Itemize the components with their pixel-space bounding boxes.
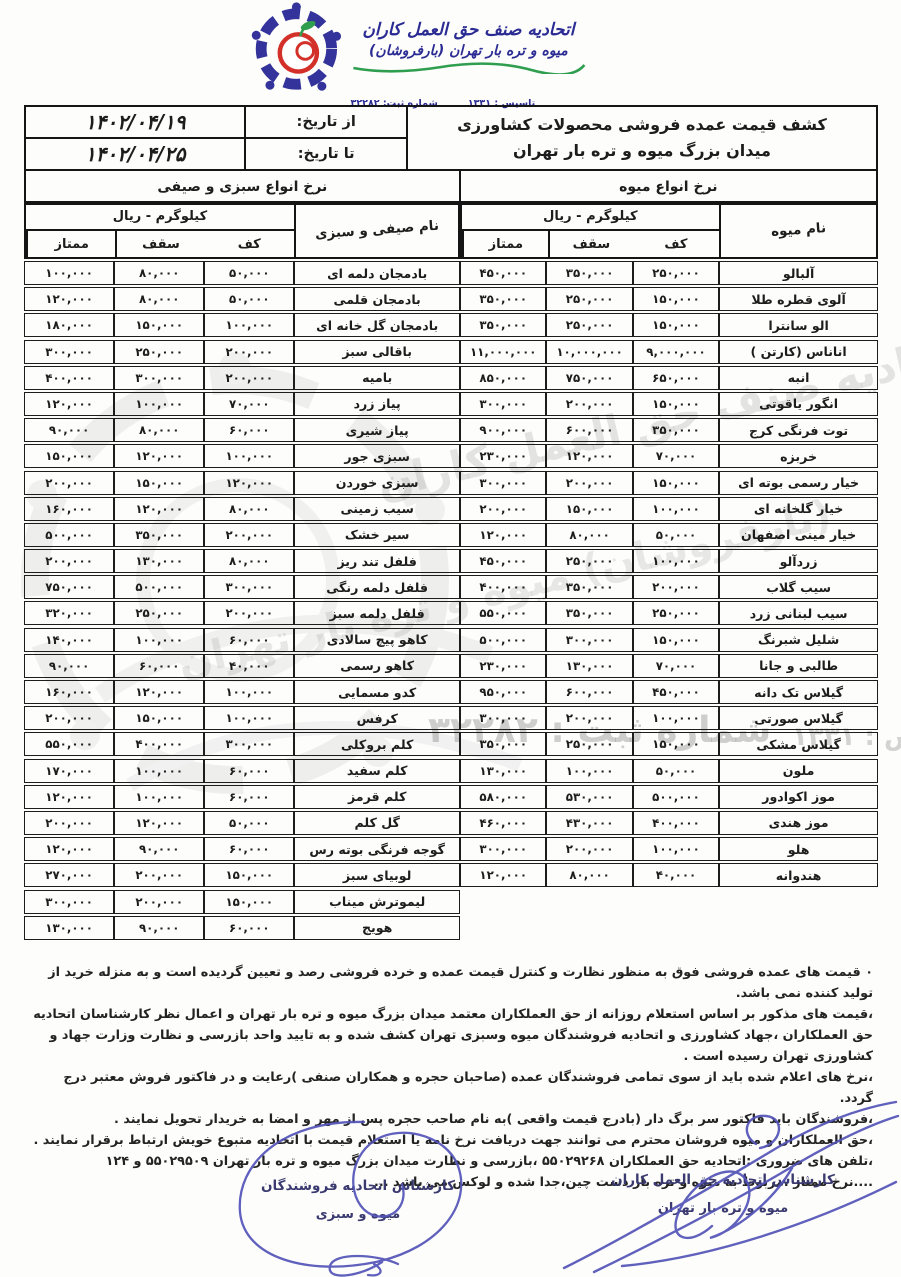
veg-row: کاهو رسمی۴۰,۰۰۰۶۰,۰۰۰۹۰,۰۰۰ (24, 654, 460, 678)
veg-premium-cell: ۲۰۰,۰۰۰ (24, 706, 114, 730)
veg-name-cell: سبزی خوردن (294, 471, 460, 495)
fruit-name-cell: هندوانه (719, 863, 878, 887)
veg-premium-cell: ۱۳۰,۰۰۰ (24, 916, 114, 940)
veg-row: گل کلم۵۰,۰۰۰۱۲۰,۰۰۰۲۰۰,۰۰۰ (24, 811, 460, 835)
veg-premium-cell: ۳۰۰,۰۰۰ (24, 340, 114, 364)
fruit-premium-column-header: ممتاز (462, 231, 548, 257)
veg-ceiling-cell: ۱۰۰,۰۰۰ (114, 759, 204, 783)
veg-premium-cell: ۱۶۰,۰۰۰ (24, 680, 114, 704)
fruit-ceiling-cell: ۳۵۰,۰۰۰ (546, 575, 632, 599)
veg-ceiling-column-header: سقف (115, 231, 204, 257)
fruit-ceiling-cell: ۲۵۰,۰۰۰ (546, 313, 632, 337)
veg-floor-cell: ۲۰۰,۰۰۰ (204, 523, 294, 547)
fruit-rows: آلبالو۲۵۰,۰۰۰۳۵۰,۰۰۰۴۵۰,۰۰۰آلوی قطره طلا… (460, 261, 878, 887)
veg-row: لیموترش میناب۱۵۰,۰۰۰۲۰۰,۰۰۰۳۰۰,۰۰۰ (24, 890, 460, 914)
fruit-premium-cell: ۴۵۰,۰۰۰ (460, 549, 546, 573)
fruit-name-cell: طالبی و جانا (719, 654, 878, 678)
fruit-name-cell: آلوی قطره طلا (719, 287, 878, 311)
fruit-ceiling-cell: ۴۳۰,۰۰۰ (546, 811, 632, 835)
fruit-premium-cell: ۸۵۰,۰۰۰ (460, 366, 546, 390)
fruit-floor-cell: ۱۵۰,۰۰۰ (633, 287, 719, 311)
veg-ceiling-cell: ۱۵۰,۰۰۰ (114, 706, 204, 730)
fruit-ceiling-cell: ۳۵۰,۰۰۰ (546, 601, 632, 625)
fruit-name-cell: انگور یاقوتی (719, 392, 878, 416)
veg-row: بامیه۲۰۰,۰۰۰۳۰۰,۰۰۰۴۰۰,۰۰۰ (24, 366, 460, 390)
veg-name-cell: فلفل تند ریز (294, 549, 460, 573)
veg-ceiling-cell: ۱۲۰,۰۰۰ (114, 497, 204, 521)
fruit-row: سیب لبنانی زرد۲۵۰,۰۰۰۳۵۰,۰۰۰۵۵۰,۰۰۰ (460, 601, 878, 625)
fruit-name-cell: انبه (719, 366, 878, 390)
veg-row: فلفل دلمه رنگی۳۰۰,۰۰۰۵۰۰,۰۰۰۷۵۰,۰۰۰ (24, 575, 460, 599)
veg-premium-cell: ۷۵۰,۰۰۰ (24, 575, 114, 599)
veg-row: کلم قرمز۶۰,۰۰۰۱۰۰,۰۰۰۱۲۰,۰۰۰ (24, 785, 460, 809)
veg-name-cell: پیاز زرد (294, 392, 460, 416)
veg-price-table: نام صیفی و سبزی کیلوگرم - ریال کف سقف مم… (24, 201, 460, 942)
veg-premium-cell: ۳۲۰,۰۰۰ (24, 601, 114, 625)
fruit-premium-cell: ۳۵۰,۰۰۰ (460, 287, 546, 311)
fruit-ceiling-cell: ۸۰,۰۰۰ (546, 863, 632, 887)
fruit-premium-cell: ۵۵۰,۰۰۰ (460, 601, 546, 625)
fruit-premium-cell: ۳۵۰,۰۰۰ (460, 732, 546, 756)
veg-premium-cell: ۵۵۰,۰۰۰ (24, 732, 114, 756)
veg-ceiling-cell: ۲۰۰,۰۰۰ (114, 863, 204, 887)
fruit-name-cell: سیب گلاب (719, 575, 878, 599)
veg-floor-cell: ۷۰,۰۰۰ (204, 392, 294, 416)
fruit-ceiling-cell: ۶۰۰,۰۰۰ (546, 418, 632, 442)
fruit-name-cell: خیار مینی اصفهان (719, 523, 878, 547)
veg-row: سبزی جور۱۰۰,۰۰۰۱۲۰,۰۰۰۱۵۰,۰۰۰ (24, 444, 460, 468)
fruit-premium-cell: ۴۶۰,۰۰۰ (460, 811, 546, 835)
fruit-ceiling-cell: ۷۵۰,۰۰۰ (546, 366, 632, 390)
veg-premium-cell: ۹۰,۰۰۰ (24, 654, 114, 678)
note-line: ۰ قیمت های عمده فروشی فوق به منظور نظارت… (28, 963, 873, 1005)
veg-ceiling-cell: ۴۰۰,۰۰۰ (114, 732, 204, 756)
veg-floor-cell: ۶۰,۰۰۰ (204, 628, 294, 652)
veg-ceiling-cell: ۹۰,۰۰۰ (114, 837, 204, 861)
veg-premium-cell: ۱۶۰,۰۰۰ (24, 497, 114, 521)
fruit-ceiling-cell: ۱۵۰,۰۰۰ (546, 497, 632, 521)
veg-premium-cell: ۱۲۰,۰۰۰ (24, 287, 114, 311)
fruit-floor-cell: ۹,۰۰۰,۰۰۰ (633, 340, 719, 364)
fruit-ceiling-cell: ۲۵۰,۰۰۰ (546, 549, 632, 573)
fruit-ceiling-cell: ۵۳۰,۰۰۰ (546, 785, 632, 809)
veg-row: باقالی سبز۲۰۰,۰۰۰۲۵۰,۰۰۰۳۰۰,۰۰۰ (24, 340, 460, 364)
veg-ceiling-cell: ۵۰۰,۰۰۰ (114, 575, 204, 599)
date-range: از تاریخ: ۱۴۰۲/۰۴/۱۹ تا تاریخ: ۱۴۰۲/۰۴/۲… (26, 107, 406, 169)
fruit-name-cell: زردآلو (719, 549, 878, 573)
fruit-row: موز اکوادور۵۰۰,۰۰۰۵۳۰,۰۰۰۵۸۰,۰۰۰ (460, 785, 878, 809)
veg-floor-cell: ۵۰,۰۰۰ (204, 261, 294, 285)
veg-rows: بادمجان دلمه ای۵۰,۰۰۰۸۰,۰۰۰۱۰۰,۰۰۰بادمجا… (24, 261, 460, 940)
fruit-premium-cell: ۳۰۰,۰۰۰ (460, 706, 546, 730)
fruit-row: گیلاس تک دانه۴۵۰,۰۰۰۶۰۰,۰۰۰۹۵۰,۰۰۰ (460, 680, 878, 704)
veg-ceiling-cell: ۸۰,۰۰۰ (114, 261, 204, 285)
veg-unit-header: کیلوگرم - ریال (26, 203, 294, 231)
fruit-name-column-header: نام میوه (719, 203, 876, 257)
fruit-ceiling-cell: ۲۰۰,۰۰۰ (546, 837, 632, 861)
veg-row: گوجه فرنگی بوته رس۶۰,۰۰۰۹۰,۰۰۰۱۲۰,۰۰۰ (24, 837, 460, 861)
union-name: اتحادیه صنف حق العمل کاران (351, 20, 586, 40)
fruit-premium-cell: ۵۸۰,۰۰۰ (460, 785, 546, 809)
veg-ceiling-cell: ۲۰۰,۰۰۰ (114, 890, 204, 914)
veg-row: پیاز شیری۶۰,۰۰۰۸۰,۰۰۰۹۰,۰۰۰ (24, 418, 460, 442)
veg-floor-cell: ۶۰,۰۰۰ (204, 837, 294, 861)
veg-ceiling-cell: ۱۰۰,۰۰۰ (114, 392, 204, 416)
fruit-section-title: نرخ انواع میوه (459, 171, 876, 203)
fruit-row: خربزه۷۰,۰۰۰۱۲۰,۰۰۰۲۳۰,۰۰۰ (460, 444, 878, 468)
veg-name-cell: کرفس (294, 706, 460, 730)
veg-premium-cell: ۲۷۰,۰۰۰ (24, 863, 114, 887)
fruit-floor-cell: ۵۰,۰۰۰ (633, 523, 719, 547)
fruit-name-cell: سیب لبنانی زرد (719, 601, 878, 625)
veg-floor-cell: ۶۰,۰۰۰ (204, 759, 294, 783)
veg-floor-cell: ۲۰۰,۰۰۰ (204, 601, 294, 625)
veg-ceiling-cell: ۱۲۰,۰۰۰ (114, 680, 204, 704)
fruit-row: خیار گلخانه ای۱۰۰,۰۰۰۱۵۰,۰۰۰۲۰۰,۰۰۰ (460, 497, 878, 521)
veg-row: بادمجان دلمه ای۵۰,۰۰۰۸۰,۰۰۰۱۰۰,۰۰۰ (24, 261, 460, 285)
veg-floor-cell: ۳۰۰,۰۰۰ (204, 732, 294, 756)
veg-floor-cell: ۱۵۰,۰۰۰ (204, 863, 294, 887)
veg-premium-column-header: ممتاز (26, 231, 115, 257)
veg-ceiling-cell: ۱۰۰,۰۰۰ (114, 628, 204, 652)
veg-name-cell: کاهو پیچ سالادی (294, 628, 460, 652)
fruit-ceiling-cell: ۲۵۰,۰۰۰ (546, 732, 632, 756)
veg-name-cell: گوجه فرنگی بوته رس (294, 837, 460, 861)
fruit-row: اناناس (کارتن )۹,۰۰۰,۰۰۰۱۰,۰۰۰,۰۰۰۱۱,۰۰۰… (460, 340, 878, 364)
veg-ceiling-cell: ۹۰,۰۰۰ (114, 916, 204, 940)
fruit-name-cell: گیلاس تک دانه (719, 680, 878, 704)
veg-name-cell: لوبیای سبز (294, 863, 460, 887)
veg-name-cell: کلم سفید (294, 759, 460, 783)
to-date-value: ۱۴۰۲/۰۴/۲۵ (26, 139, 246, 169)
veg-floor-cell: ۵۰,۰۰۰ (204, 811, 294, 835)
union-logo: اتحادیه صنف حق العمل کاران (بارفروشان) م… (249, 2, 609, 109)
veg-premium-cell: ۲۰۰,۰۰۰ (24, 471, 114, 495)
fruit-premium-cell: ۴۰۰,۰۰۰ (460, 575, 546, 599)
fruit-floor-cell: ۲۵۰,۰۰۰ (633, 601, 719, 625)
fruit-floor-cell: ۴۰,۰۰۰ (633, 863, 719, 887)
signature-ink-left (224, 1116, 480, 1277)
fruit-price-table: نام میوه کیلوگرم - ریال کف سقف ممتاز آلب… (460, 201, 878, 890)
veg-floor-cell: ۸۰,۰۰۰ (204, 549, 294, 573)
fruit-ceiling-cell: ۱۰۰,۰۰۰ (546, 759, 632, 783)
veg-ceiling-cell: ۱۳۰,۰۰۰ (114, 549, 204, 573)
veg-floor-cell: ۶۰,۰۰۰ (204, 418, 294, 442)
veg-row: کاهو پیچ سالادی۶۰,۰۰۰۱۰۰,۰۰۰۱۴۰,۰۰۰ (24, 628, 460, 652)
fruit-ceiling-cell: ۸۰,۰۰۰ (546, 523, 632, 547)
fruit-row: موز هندی۴۰۰,۰۰۰۴۳۰,۰۰۰۴۶۰,۰۰۰ (460, 811, 878, 835)
fruit-name-cell: خیار رسمی بوته ای (719, 471, 878, 495)
fruit-row: ملون۵۰,۰۰۰۱۰۰,۰۰۰۱۳۰,۰۰۰ (460, 759, 878, 783)
green-wave-icon (351, 61, 586, 74)
fruit-floor-cell: ۱۵۰,۰۰۰ (633, 628, 719, 652)
veg-row: فلفل تند ریز۸۰,۰۰۰۱۳۰,۰۰۰۲۰۰,۰۰۰ (24, 549, 460, 573)
veg-ceiling-cell: ۸۰,۰۰۰ (114, 287, 204, 311)
fruit-floor-cell: ۱۰۰,۰۰۰ (633, 549, 719, 573)
veg-floor-cell: ۳۰۰,۰۰۰ (204, 575, 294, 599)
fruit-floor-cell: ۲۵۰,۰۰۰ (633, 261, 719, 285)
fruit-row: شلیل شبرنگ۱۵۰,۰۰۰۳۰۰,۰۰۰۵۰۰,۰۰۰ (460, 628, 878, 652)
fruit-row: آلوی قطره طلا۱۵۰,۰۰۰۲۵۰,۰۰۰۳۵۰,۰۰۰ (460, 287, 878, 311)
fruit-ceiling-cell: ۱۲۰,۰۰۰ (546, 444, 632, 468)
fruit-ceiling-cell: ۶۰۰,۰۰۰ (546, 680, 632, 704)
fruit-premium-cell: ۳۰۰,۰۰۰ (460, 837, 546, 861)
fruit-premium-cell: ۳۰۰,۰۰۰ (460, 392, 546, 416)
fruit-ceiling-cell: ۳۵۰,۰۰۰ (546, 261, 632, 285)
fruit-premium-cell: ۱۱,۰۰۰,۰۰۰ (460, 340, 546, 364)
veg-floor-cell: ۶۰,۰۰۰ (204, 916, 294, 940)
fruit-row: خیار مینی اصفهان۵۰,۰۰۰۸۰,۰۰۰۱۲۰,۰۰۰ (460, 523, 878, 547)
veg-premium-cell: ۱۵۰,۰۰۰ (24, 444, 114, 468)
from-date-value: ۱۴۰۲/۰۴/۱۹ (26, 107, 246, 137)
veg-ceiling-cell: ۱۵۰,۰۰۰ (114, 471, 204, 495)
veg-ceiling-cell: ۳۰۰,۰۰۰ (114, 366, 204, 390)
fruit-premium-cell: ۵۰۰,۰۰۰ (460, 628, 546, 652)
fruit-floor-cell: ۶۵۰,۰۰۰ (633, 366, 719, 390)
fruit-name-cell: توت فرنگی کرج (719, 418, 878, 442)
fruit-name-cell: موز هندی (719, 811, 878, 835)
fruit-floor-cell: ۳۵۰,۰۰۰ (633, 418, 719, 442)
veg-name-cell: پیاز شیری (294, 418, 460, 442)
veg-floor-cell: ۱۰۰,۰۰۰ (204, 706, 294, 730)
veg-name-cell: باقالی سبز (294, 340, 460, 364)
union-logo-emblem-icon (249, 2, 343, 96)
fruit-floor-cell: ۲۰۰,۰۰۰ (633, 575, 719, 599)
veg-name-cell: کاهو رسمی (294, 654, 460, 678)
note-line: ،قیمت های مذکور بر اساس استعلام روزانه ا… (28, 1005, 873, 1068)
fruit-ceiling-cell: ۱۳۰,۰۰۰ (546, 654, 632, 678)
fruit-premium-cell: ۴۵۰,۰۰۰ (460, 261, 546, 285)
fruit-floor-cell: ۱۵۰,۰۰۰ (633, 471, 719, 495)
veg-premium-cell: ۲۰۰,۰۰۰ (24, 811, 114, 835)
veg-ceiling-cell: ۲۵۰,۰۰۰ (114, 340, 204, 364)
fruit-row: خیار رسمی بوته ای۱۵۰,۰۰۰۲۰۰,۰۰۰۳۰۰,۰۰۰ (460, 471, 878, 495)
fruit-premium-cell: ۱۲۰,۰۰۰ (460, 523, 546, 547)
veg-row: سیر خشک۲۰۰,۰۰۰۳۵۰,۰۰۰۵۰۰,۰۰۰ (24, 523, 460, 547)
fruit-floor-cell: ۱۵۰,۰۰۰ (633, 313, 719, 337)
veg-row: کرفس۱۰۰,۰۰۰۱۵۰,۰۰۰۲۰۰,۰۰۰ (24, 706, 460, 730)
veg-name-cell: فلفل دلمه سبز (294, 601, 460, 625)
veg-ceiling-cell: ۱۵۰,۰۰۰ (114, 313, 204, 337)
fruit-row: زردآلو۱۰۰,۰۰۰۲۵۰,۰۰۰۴۵۰,۰۰۰ (460, 549, 878, 573)
veg-premium-cell: ۹۰,۰۰۰ (24, 418, 114, 442)
fruit-unit-header: کیلوگرم - ریال (462, 203, 719, 231)
fruit-name-cell: گیلاس مشکی (719, 732, 878, 756)
fruit-row: گیلاس صورتی۱۰۰,۰۰۰۲۰۰,۰۰۰۳۰۰,۰۰۰ (460, 706, 878, 730)
veg-row: بادمجان قلمی۵۰,۰۰۰۸۰,۰۰۰۱۲۰,۰۰۰ (24, 287, 460, 311)
fruit-name-cell: الو سانترا (719, 313, 878, 337)
signature-ink-right (560, 1098, 900, 1276)
veg-name-cell: سیر خشک (294, 523, 460, 547)
fruit-premium-cell: ۳۰۰,۰۰۰ (460, 471, 546, 495)
veg-name-cell: هویج (294, 916, 460, 940)
fruit-floor-cell: ۱۰۰,۰۰۰ (633, 837, 719, 861)
fruit-ceiling-cell: ۲۵۰,۰۰۰ (546, 287, 632, 311)
veg-floor-cell: ۶۰,۰۰۰ (204, 785, 294, 809)
fruit-row: هلو۱۰۰,۰۰۰۲۰۰,۰۰۰۳۰۰,۰۰۰ (460, 837, 878, 861)
veg-floor-cell: ۱۰۰,۰۰۰ (204, 313, 294, 337)
fruit-floor-cell: ۱۰۰,۰۰۰ (633, 706, 719, 730)
fruit-row: هندوانه۴۰,۰۰۰۸۰,۰۰۰۱۲۰,۰۰۰ (460, 863, 878, 887)
fruit-premium-cell: ۲۰۰,۰۰۰ (460, 497, 546, 521)
fruit-name-cell: گیلاس صورتی (719, 706, 878, 730)
fruit-premium-cell: ۹۵۰,۰۰۰ (460, 680, 546, 704)
veg-row: کلم بروکلی۳۰۰,۰۰۰۴۰۰,۰۰۰۵۵۰,۰۰۰ (24, 732, 460, 756)
veg-name-cell: سبزی جور (294, 444, 460, 468)
veg-name-cell: بادمجان گل خانه ای (294, 313, 460, 337)
veg-ceiling-cell: ۶۰,۰۰۰ (114, 654, 204, 678)
to-date-label: تا تاریخ: (246, 139, 406, 169)
veg-floor-cell: ۵۰,۰۰۰ (204, 287, 294, 311)
veg-name-cell: فلفل دلمه رنگی (294, 575, 460, 599)
veg-ceiling-cell: ۲۵۰,۰۰۰ (114, 601, 204, 625)
veg-name-cell: بادمجان دلمه ای (294, 261, 460, 285)
veg-floor-cell: ۸۰,۰۰۰ (204, 497, 294, 521)
fruit-floor-cell: ۵۰۰,۰۰۰ (633, 785, 719, 809)
document-title-line1: کشف قیمت عمده فروشی محصولات کشاورزی (457, 112, 827, 138)
veg-ceiling-cell: ۸۰,۰۰۰ (114, 418, 204, 442)
from-date-label: از تاریخ: (246, 107, 406, 137)
veg-name-column-header: نام صیفی و سبزی (294, 203, 458, 257)
fruit-name-cell: آلبالو (719, 261, 878, 285)
document-title: کشف قیمت عمده فروشی محصولات کشاورزی میدا… (406, 107, 876, 169)
veg-floor-cell: ۱۰۰,۰۰۰ (204, 444, 294, 468)
veg-floor-cell: ۱۰۰,۰۰۰ (204, 680, 294, 704)
veg-floor-cell: ۲۰۰,۰۰۰ (204, 366, 294, 390)
fruit-row: آلبالو۲۵۰,۰۰۰۳۵۰,۰۰۰۴۵۰,۰۰۰ (460, 261, 878, 285)
fruit-floor-column-header: کف (633, 231, 719, 257)
veg-row: کدو مسمایی۱۰۰,۰۰۰۱۲۰,۰۰۰۱۶۰,۰۰۰ (24, 680, 460, 704)
fruit-floor-cell: ۵۰,۰۰۰ (633, 759, 719, 783)
veg-premium-cell: ۱۲۰,۰۰۰ (24, 392, 114, 416)
fruit-name-cell: هلو (719, 837, 878, 861)
veg-premium-cell: ۱۸۰,۰۰۰ (24, 313, 114, 337)
veg-ceiling-cell: ۱۰۰,۰۰۰ (114, 785, 204, 809)
fruit-floor-cell: ۱۰۰,۰۰۰ (633, 497, 719, 521)
fruit-name-cell: اناناس (کارتن ) (719, 340, 878, 364)
veg-name-cell: بادمجان قلمی (294, 287, 460, 311)
veg-name-cell: کدو مسمایی (294, 680, 460, 704)
fruit-premium-cell: ۲۳۰,۰۰۰ (460, 444, 546, 468)
veg-ceiling-cell: ۳۵۰,۰۰۰ (114, 523, 204, 547)
fruit-row: طالبی و جانا۷۰,۰۰۰۱۳۰,۰۰۰۲۳۰,۰۰۰ (460, 654, 878, 678)
fruit-premium-cell: ۱۳۰,۰۰۰ (460, 759, 546, 783)
veg-floor-cell: ۱۵۰,۰۰۰ (204, 890, 294, 914)
veg-name-cell: سیب زمینی (294, 497, 460, 521)
veg-row: سیب زمینی۸۰,۰۰۰۱۲۰,۰۰۰۱۶۰,۰۰۰ (24, 497, 460, 521)
fruit-name-cell: خیار گلخانه ای (719, 497, 878, 521)
veg-name-cell: کلم قرمز (294, 785, 460, 809)
fruit-floor-cell: ۴۵۰,۰۰۰ (633, 680, 719, 704)
veg-row: هویج۶۰,۰۰۰۹۰,۰۰۰۱۳۰,۰۰۰ (24, 916, 460, 940)
veg-premium-cell: ۱۲۰,۰۰۰ (24, 837, 114, 861)
fruit-row: الو سانترا۱۵۰,۰۰۰۲۵۰,۰۰۰۳۵۰,۰۰۰ (460, 313, 878, 337)
veg-row: بادمجان گل خانه ای۱۰۰,۰۰۰۱۵۰,۰۰۰۱۸۰,۰۰۰ (24, 313, 460, 337)
veg-row: کلم سفید۶۰,۰۰۰۱۰۰,۰۰۰۱۷۰,۰۰۰ (24, 759, 460, 783)
fruit-floor-cell: ۷۰,۰۰۰ (633, 444, 719, 468)
veg-premium-cell: ۱۷۰,۰۰۰ (24, 759, 114, 783)
veg-premium-cell: ۱۲۰,۰۰۰ (24, 785, 114, 809)
veg-name-cell: کلم بروکلی (294, 732, 460, 756)
fruit-floor-cell: ۱۵۰,۰۰۰ (633, 732, 719, 756)
fruit-floor-cell: ۱۵۰,۰۰۰ (633, 392, 719, 416)
veg-floor-cell: ۲۰۰,۰۰۰ (204, 340, 294, 364)
fruit-row: سیب گلاب۲۰۰,۰۰۰۳۵۰,۰۰۰۴۰۰,۰۰۰ (460, 575, 878, 599)
veg-name-cell: لیموترش میناب (294, 890, 460, 914)
veg-ceiling-cell: ۱۲۰,۰۰۰ (114, 811, 204, 835)
veg-floor-cell: ۴۰,۰۰۰ (204, 654, 294, 678)
veg-floor-column-header: کف (205, 231, 294, 257)
veg-floor-cell: ۱۲۰,۰۰۰ (204, 471, 294, 495)
fruit-premium-cell: ۳۵۰,۰۰۰ (460, 313, 546, 337)
veg-row: پیاز زرد۷۰,۰۰۰۱۰۰,۰۰۰۱۲۰,۰۰۰ (24, 392, 460, 416)
veg-premium-cell: ۵۰۰,۰۰۰ (24, 523, 114, 547)
fruit-row: انگور یاقوتی۱۵۰,۰۰۰۲۰۰,۰۰۰۳۰۰,۰۰۰ (460, 392, 878, 416)
veg-premium-cell: ۱۰۰,۰۰۰ (24, 261, 114, 285)
fruit-premium-cell: ۱۲۰,۰۰۰ (460, 863, 546, 887)
fruit-name-cell: موز اکوادور (719, 785, 878, 809)
veg-row: سبزی خوردن۱۲۰,۰۰۰۱۵۰,۰۰۰۲۰۰,۰۰۰ (24, 471, 460, 495)
fruit-ceiling-cell: ۲۰۰,۰۰۰ (546, 392, 632, 416)
fruit-ceiling-cell: ۲۰۰,۰۰۰ (546, 706, 632, 730)
fruit-row: انبه۶۵۰,۰۰۰۷۵۰,۰۰۰۸۵۰,۰۰۰ (460, 366, 878, 390)
fruit-ceiling-cell: ۳۰۰,۰۰۰ (546, 628, 632, 652)
fruit-premium-cell: ۲۳۰,۰۰۰ (460, 654, 546, 678)
document-title-line2: میدان بزرگ میوه و تره بار تهران (513, 138, 771, 164)
union-subname: (بارفروشان) میوه و تره بار تهران (351, 43, 586, 59)
document-header: کشف قیمت عمده فروشی محصولات کشاورزی میدا… (24, 105, 878, 205)
fruit-name-cell: شلیل شبرنگ (719, 628, 878, 652)
fruit-premium-cell: ۹۰۰,۰۰۰ (460, 418, 546, 442)
fruit-name-cell: ملون (719, 759, 878, 783)
fruit-row: توت فرنگی کرج۳۵۰,۰۰۰۶۰۰,۰۰۰۹۰۰,۰۰۰ (460, 418, 878, 442)
fruit-ceiling-column-header: سقف (548, 231, 634, 257)
fruit-row: گیلاس مشکی۱۵۰,۰۰۰۲۵۰,۰۰۰۳۵۰,۰۰۰ (460, 732, 878, 756)
veg-section-title: نرخ انواع سبزی و صیفی (26, 171, 459, 203)
fruit-floor-cell: ۴۰۰,۰۰۰ (633, 811, 719, 835)
veg-premium-cell: ۳۰۰,۰۰۰ (24, 890, 114, 914)
veg-ceiling-cell: ۱۲۰,۰۰۰ (114, 444, 204, 468)
veg-premium-cell: ۲۰۰,۰۰۰ (24, 549, 114, 573)
fruit-ceiling-cell: ۲۰۰,۰۰۰ (546, 471, 632, 495)
fruit-ceiling-cell: ۱۰,۰۰۰,۰۰۰ (546, 340, 632, 364)
fruit-floor-cell: ۷۰,۰۰۰ (633, 654, 719, 678)
veg-name-cell: بامیه (294, 366, 460, 390)
fruit-name-cell: خربزه (719, 444, 878, 468)
veg-premium-cell: ۴۰۰,۰۰۰ (24, 366, 114, 390)
veg-premium-cell: ۱۴۰,۰۰۰ (24, 628, 114, 652)
veg-name-cell: گل کلم (294, 811, 460, 835)
veg-row: لوبیای سبز۱۵۰,۰۰۰۲۰۰,۰۰۰۲۷۰,۰۰۰ (24, 863, 460, 887)
veg-row: فلفل دلمه سبز۲۰۰,۰۰۰۲۵۰,۰۰۰۳۲۰,۰۰۰ (24, 601, 460, 625)
